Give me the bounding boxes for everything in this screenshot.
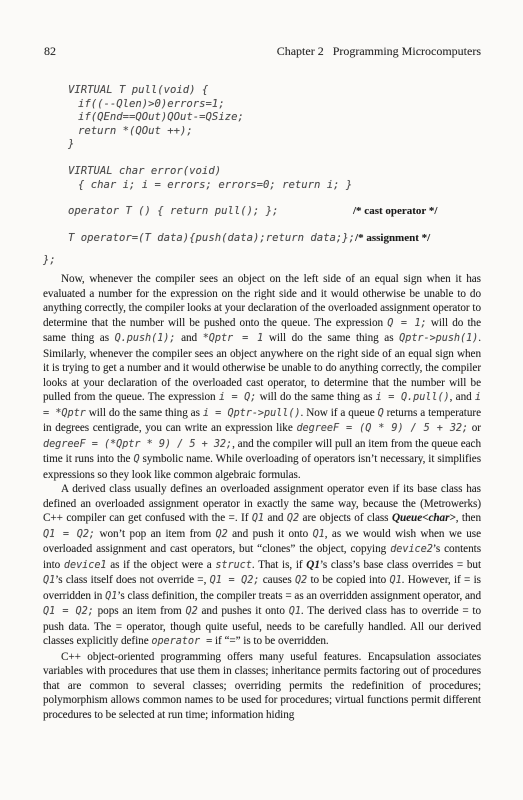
- text-run: ’s class definition, the compiler treats…: [117, 590, 481, 602]
- text-run: and: [175, 332, 202, 344]
- code-text: return *(QOut ++);: [78, 125, 193, 137]
- text-run: to be copied into: [307, 574, 389, 586]
- inline-code: Q2: [287, 513, 299, 524]
- inline-code: Q1: [289, 606, 301, 617]
- text-run: if “=” is to be overridden.: [212, 635, 328, 647]
- inline-code: Q1: [252, 513, 264, 524]
- text-run: , and: [450, 391, 475, 403]
- inline-code: Q1: [313, 529, 325, 540]
- text-run: and push it onto: [228, 528, 313, 540]
- code-line: };: [43, 254, 503, 268]
- code-text: VIRTUAL T pull(void) {: [68, 84, 208, 96]
- text-run: Q1: [306, 559, 320, 571]
- text-run: or: [468, 422, 481, 434]
- code-line: VIRTUAL T pull(void) {: [68, 84, 503, 98]
- inline-code: Q2: [216, 529, 228, 540]
- inline-code: Qptr->push(1): [399, 333, 478, 344]
- code-line: { char i; i = errors; errors=0; return i…: [68, 179, 503, 193]
- inline-code: degreeF = (*Qptr * 9) / 5 + 32;: [43, 439, 232, 450]
- inline-code: Q = 1;: [387, 318, 426, 329]
- text-run: ’s class’s base class overrides = but: [320, 559, 481, 571]
- code-line: operator T () { return pull(); };/* cast…: [68, 205, 503, 219]
- inline-code: Q1: [43, 575, 55, 586]
- code-text: }: [68, 138, 74, 150]
- page-header: 82 Chapter 2 Programming Microcomputers: [44, 44, 481, 59]
- inline-code: device2: [390, 544, 433, 555]
- text-run: pops an item from: [94, 605, 186, 617]
- code-text: if(QEnd==QOut)QOut-=QSize;: [78, 111, 244, 123]
- code-line: if((--Qlen)>0)errors=1;: [68, 98, 503, 112]
- text-run: will do the same thing as: [263, 332, 399, 344]
- code-line: }: [68, 138, 503, 152]
- code-text: };: [43, 254, 56, 266]
- text-run: and: [264, 512, 287, 524]
- text-run: causes: [259, 574, 295, 586]
- code-line: T operator=(T data){push(data);return da…: [68, 232, 503, 246]
- inline-code: Q2: [186, 606, 198, 617]
- code-text: if((--Qlen)>0)errors=1;: [78, 98, 225, 110]
- code-comment: /* cast operator */: [353, 205, 437, 219]
- text-run: Queue<char>: [392, 512, 456, 524]
- code-line: VIRTUAL char error(void): [68, 165, 503, 179]
- inline-code: *Qptr = 1: [203, 333, 264, 344]
- inline-code: Q1 = Q2;: [210, 575, 260, 586]
- inline-code: device1: [64, 560, 107, 571]
- text-run: and pushes it onto: [198, 605, 289, 617]
- inline-code: i = Qptr->pull(): [203, 408, 301, 419]
- text-run: , then: [456, 512, 481, 524]
- text-run: are objects of class: [299, 512, 392, 524]
- code-text: { char i; i = errors; errors=0; return i…: [78, 179, 352, 191]
- paragraph: A derived class usually defines an overl…: [43, 482, 481, 650]
- text-run: C++ object-oriented programming offers m…: [43, 651, 481, 721]
- chapter-header: Chapter 2 Programming Microcomputers: [277, 44, 481, 59]
- inline-code: Q1 = Q2;: [43, 529, 95, 540]
- text-run: won’t pop an item from: [95, 528, 216, 540]
- book-page: 82 Chapter 2 Programming Microcomputers …: [0, 0, 523, 800]
- code-listing: VIRTUAL T pull(void) {if((--Qlen)>0)erro…: [68, 84, 503, 268]
- code-comment: /* assignment */: [355, 232, 430, 244]
- inline-code: i = Q.pull(): [376, 392, 450, 403]
- inline-code: degreeF = (Q * 9) / 5 + 32;: [296, 423, 468, 434]
- inline-code: operator =: [151, 636, 212, 647]
- inline-code: Q1 = Q2;: [43, 606, 94, 617]
- inline-code: struct: [215, 560, 252, 571]
- body-text: Now, whenever the compiler sees an objec…: [43, 272, 481, 722]
- text-run: will do the same thing as: [256, 391, 375, 403]
- inline-code: Q2: [295, 575, 307, 586]
- code-line: if(QEnd==QOut)QOut-=QSize;: [68, 111, 503, 125]
- inline-code: Q1: [390, 575, 402, 586]
- inline-code: i = Q;: [219, 392, 257, 403]
- text-run: will do the same thing as: [86, 407, 203, 419]
- inline-code: Q1: [105, 591, 117, 602]
- code-line: return *(QOut ++);: [68, 125, 503, 139]
- code-text: VIRTUAL char error(void): [68, 165, 221, 177]
- text-run: . Now if a queue: [301, 407, 378, 419]
- inline-code: Q.push(1);: [115, 333, 176, 344]
- paragraph: C++ object-oriented programming offers m…: [43, 650, 481, 723]
- text-run: as if the object were a: [107, 559, 216, 571]
- code-text: T operator=(T data){push(data);return da…: [68, 232, 355, 244]
- page-number: 82: [44, 44, 56, 59]
- paragraph: Now, whenever the compiler sees an objec…: [43, 272, 481, 482]
- code-text: operator T () { return pull(); };: [68, 205, 278, 217]
- text-run: . That is, if: [252, 559, 306, 571]
- text-run: ’s class itself does not override =,: [55, 574, 209, 586]
